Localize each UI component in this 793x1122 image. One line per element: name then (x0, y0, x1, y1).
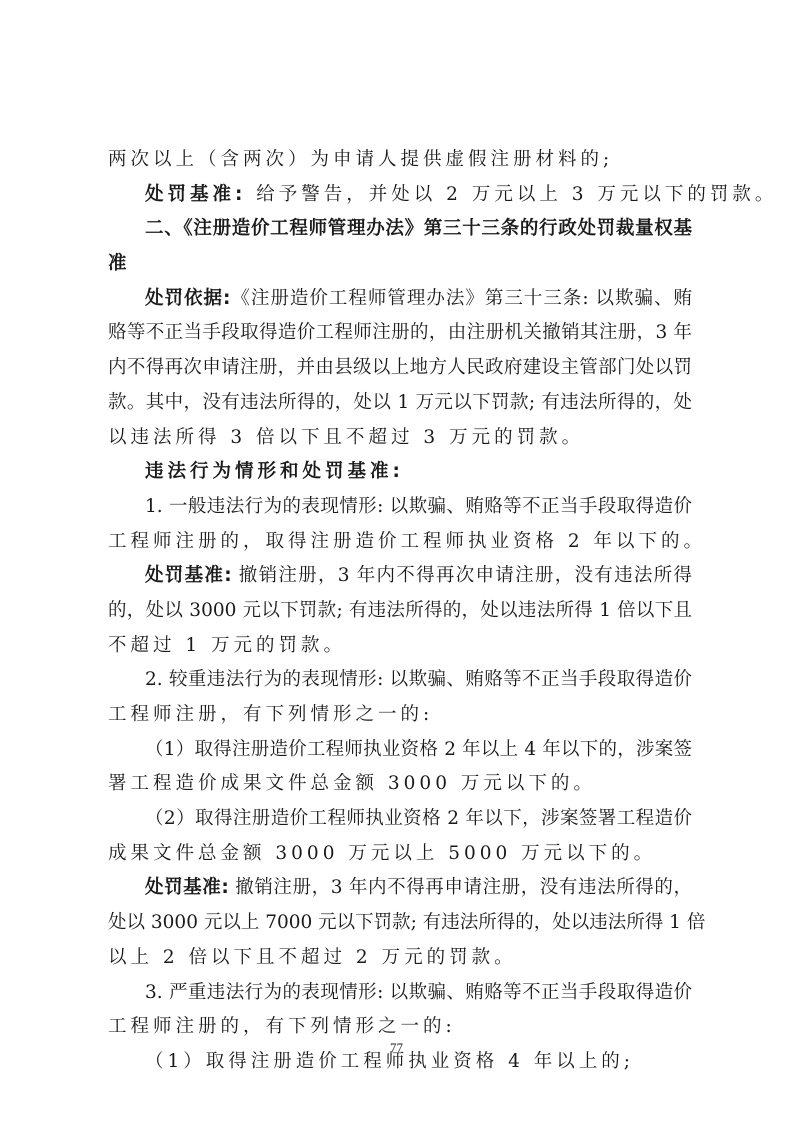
subitem-line: （2）取得注册造价工程师执业资格 2 年以下，涉案签署工程造价 (108, 802, 692, 837)
line-text: 的，处以 3000 元以下罚款; 有违法所得的，处以违法所得 1 倍以下且 (108, 600, 692, 621)
page-number: 77 (0, 1040, 793, 1056)
line-text: 工程师注册的，有下列情形之一的: (108, 1016, 456, 1037)
line-text: 撤销注册，3 年内不得再申请注册，没有违法所得的， (229, 877, 692, 898)
penalty-basis-line: 处罚依据:《注册造价工程师管理办法》第三十三条: 以欺骗、贿 (108, 282, 692, 317)
heading-text: 准 (108, 253, 131, 274)
label-penalty-standard: 处罚基准: (145, 184, 246, 205)
item-2-line: 2. 较重违法行为的表现情形: 以欺骗、贿赂等不正当手段取得造价 (108, 663, 692, 698)
text-line: 两次以上（含两次）为申请人提供虚假注册材料的; (108, 143, 692, 178)
text-line: 工程师注册，有下列情形之一的: (108, 698, 692, 733)
line-text: 成果文件总金额 3000 万元以上 5000 万元以下的。 (108, 843, 656, 864)
line-text: 撤销注册，3 年内不得再次申请注册，没有违法所得 (232, 565, 692, 586)
line-text: 赂等不正当手段取得造价工程师注册的，由注册机关撤销其注册，3 年 (108, 322, 692, 343)
heading-text: 二、《注册造价工程师管理办法》第三十三条的行政处罚裁量权基 (145, 218, 692, 239)
text-line: 的，处以 3000 元以下罚款; 有违法所得的，处以违法所得 1 倍以下且 (108, 594, 692, 629)
line-text: 3. 严重违法行为的表现情形: 以欺骗、贿赂等不正当手段取得造价 (145, 982, 692, 1003)
section-heading-continued: 准 (108, 247, 692, 282)
item-3-line: 3. 严重违法行为的表现情形: 以欺骗、贿赂等不正当手段取得造价 (108, 976, 692, 1011)
text-line: 工程师注册的，取得注册造价工程师执业资格 2 年以下的。 (108, 525, 692, 560)
text-line: 以违法所得 3 倍以下且不超过 3 万元的罚款。 (108, 421, 692, 456)
text-line: 不超过 1 万元的罚款。 (108, 629, 692, 664)
text-line: 赂等不正当手段取得造价工程师注册的，由注册机关撤销其注册，3 年 (108, 316, 692, 351)
subitem-line: （1）取得注册造价工程师执业资格 2 年以上 4 年以下的，涉案签 (108, 733, 692, 768)
line-text: 《注册造价工程师管理办法》第三十三条: 以欺骗、贿 (230, 288, 692, 309)
label-penalty-standard: 处罚基准: (145, 877, 229, 898)
line-text: 内不得再次申请注册，并由县级以上地方人民政府建设主管部门处以罚 (108, 357, 692, 378)
line-text: 以上 2 倍以下且不超过 2 万元的罚款。 (108, 947, 517, 968)
penalty-standard-line: 处罚基准: 撤销注册，3 年内不得再申请注册，没有违法所得的， (108, 871, 692, 906)
line-text: 工程师注册的，取得注册造价工程师执业资格 2 年以下的。 (108, 531, 706, 552)
text-line: 内不得再次申请注册，并由县级以上地方人民政府建设主管部门处以罚 (108, 351, 692, 386)
line-text: 2. 较重违法行为的表现情形: 以欺骗、贿赂等不正当手段取得造价 (145, 669, 692, 690)
subheading-text: 违法行为情形和处罚基准: (145, 461, 404, 482)
line-text: 处以 3000 元以上 7000 元以下罚款; 有违法所得的，处以违法所得 1 … (108, 912, 705, 933)
text-line: 处以 3000 元以上 7000 元以下罚款; 有违法所得的，处以违法所得 1 … (108, 906, 692, 941)
line-text: 给予警告，并处以 2 万元以上 3 万元以下的罚款。 (246, 184, 777, 205)
line-text: （2）取得注册造价工程师执业资格 2 年以下，涉案签署工程造价 (145, 808, 692, 829)
line-text: 款。其中，没有违法所得的，处以 1 万元以下罚款; 有违法所得的，处 (108, 392, 692, 413)
line-text: （1）取得注册造价工程师执业资格 2 年以上 4 年以下的，涉案签 (145, 739, 692, 760)
document-page: 两次以上（含两次）为申请人提供虚假注册材料的; 处罚基准: 给予警告，并处以 2… (108, 143, 692, 1080)
line-text: 两次以上（含两次）为申请人提供虚假注册材料的; (108, 149, 613, 170)
penalty-standard-line: 处罚基准: 撤销注册，3 年内不得再次申请注册，没有违法所得 (108, 559, 692, 594)
label-penalty-standard: 处罚基准: (145, 565, 232, 586)
text-line: 署工程造价成果文件总金额 3000 万元以下的。 (108, 767, 692, 802)
penalty-standard-line: 处罚基准: 给予警告，并处以 2 万元以上 3 万元以下的罚款。 (108, 178, 692, 213)
item-1-line: 1. 一般违法行为的表现情形: 以欺骗、贿赂等不正当手段取得造价 (108, 490, 692, 525)
section-heading: 二、《注册造价工程师管理办法》第三十三条的行政处罚裁量权基 (108, 212, 692, 247)
line-text: 1. 一般违法行为的表现情形: 以欺骗、贿赂等不正当手段取得造价 (145, 496, 692, 517)
line-text: 以违法所得 3 倍以下且不超过 3 万元的罚款。 (108, 427, 584, 448)
text-line: 成果文件总金额 3000 万元以上 5000 万元以下的。 (108, 837, 692, 872)
subheading-violations: 违法行为情形和处罚基准: (108, 455, 692, 490)
label-penalty-basis: 处罚依据: (145, 288, 230, 309)
text-line: 款。其中，没有违法所得的，处以 1 万元以下罚款; 有违法所得的，处 (108, 386, 692, 421)
text-line: 以上 2 倍以下且不超过 2 万元的罚款。 (108, 941, 692, 976)
line-text: 署工程造价成果文件总金额 3000 万元以下的。 (108, 773, 596, 794)
line-text: 不超过 1 万元的罚款。 (108, 635, 346, 656)
line-text: 工程师注册，有下列情形之一的: (108, 704, 433, 725)
